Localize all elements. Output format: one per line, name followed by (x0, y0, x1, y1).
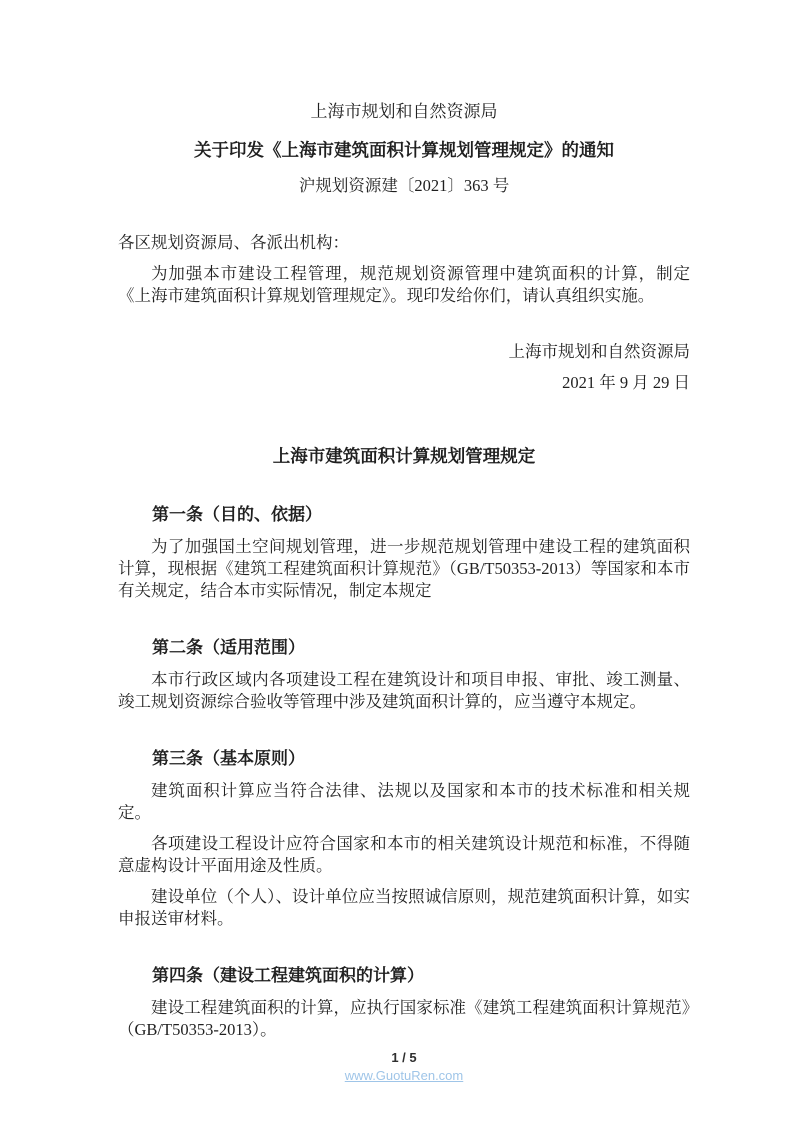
article-3-paragraph: 建设单位（个人）、设计单位应当按照诚信原则，规范建筑面积计算，如实申报送审材料。 (118, 886, 690, 930)
notice-title: 关于印发《上海市建筑面积计算规划管理规定》的通知 (118, 137, 690, 163)
page-footer: 1 / 5 www.GuotuRen.com (118, 1050, 690, 1085)
article-2-paragraph: 本市行政区域内各项建设工程在建筑设计和项目申报、审批、竣工测量、竣工规划资源综合… (118, 669, 690, 713)
page-indicator: 1 / 5 (118, 1050, 690, 1066)
article-2-heading: 第二条（适用范围） (118, 636, 690, 660)
section-article-1: 第一条（目的、依据） 为了加强国土空间规划管理，进一步规范规划管理中建设工程的建… (118, 503, 690, 602)
section-article-2: 第二条（适用范围） 本市行政区域内各项建设工程在建筑设计和项目申报、审批、竣工测… (118, 636, 690, 713)
article-4-paragraph: 建设工程建筑面积的计算，应执行国家标准《建筑工程建筑面积计算规范》（GB/T50… (118, 997, 690, 1041)
article-3-paragraph: 各项建设工程设计应符合国家和本市的相关建筑设计规范和标准，不得随意虚构设计平面用… (118, 833, 690, 877)
document-header: 上海市规划和自然资源局 关于印发《上海市建筑面积计算规划管理规定》的通知 沪规划… (118, 100, 690, 198)
intro-paragraph: 为加强本市建设工程管理，规范规划资源管理中建筑面积的计算，制定《上海市建筑面积计… (118, 263, 690, 307)
article-3-heading: 第三条（基本原则） (118, 747, 690, 771)
salutation: 各区规划资源局、各派出机构： (118, 232, 690, 254)
article-1-heading: 第一条（目的、依据） (118, 503, 690, 527)
signature-org: 上海市规划和自然资源局 (118, 341, 690, 363)
document-page: 上海市规划和自然资源局 关于印发《上海市建筑面积计算规划管理规定》的通知 沪规划… (0, 0, 800, 1132)
section-article-4: 第四条（建设工程建筑面积的计算） 建设工程建筑面积的计算，应执行国家标准《建筑工… (118, 964, 690, 1041)
website-link[interactable]: www.GuotuRen.com (345, 1068, 464, 1084)
doc-number: 沪规划资源建〔2021〕363 号 (118, 174, 690, 198)
article-1-paragraph: 为了加强国土空间规划管理，进一步规范规划管理中建设工程的建筑面积计算，现根据《建… (118, 536, 690, 602)
regulation-title: 上海市建筑面积计算规划管理规定 (118, 443, 690, 469)
section-article-3: 第三条（基本原则） 建筑面积计算应当符合法律、法规以及国家和本市的技术标准和相关… (118, 747, 690, 930)
signature-date: 2021 年 9 月 29 日 (118, 372, 690, 394)
signature-block: 上海市规划和自然资源局 2021 年 9 月 29 日 (118, 341, 690, 394)
issuing-org: 上海市规划和自然资源局 (118, 100, 690, 124)
article-3-paragraph: 建筑面积计算应当符合法律、法规以及国家和本市的技术标准和相关规定。 (118, 780, 690, 824)
article-4-heading: 第四条（建设工程建筑面积的计算） (118, 964, 690, 988)
